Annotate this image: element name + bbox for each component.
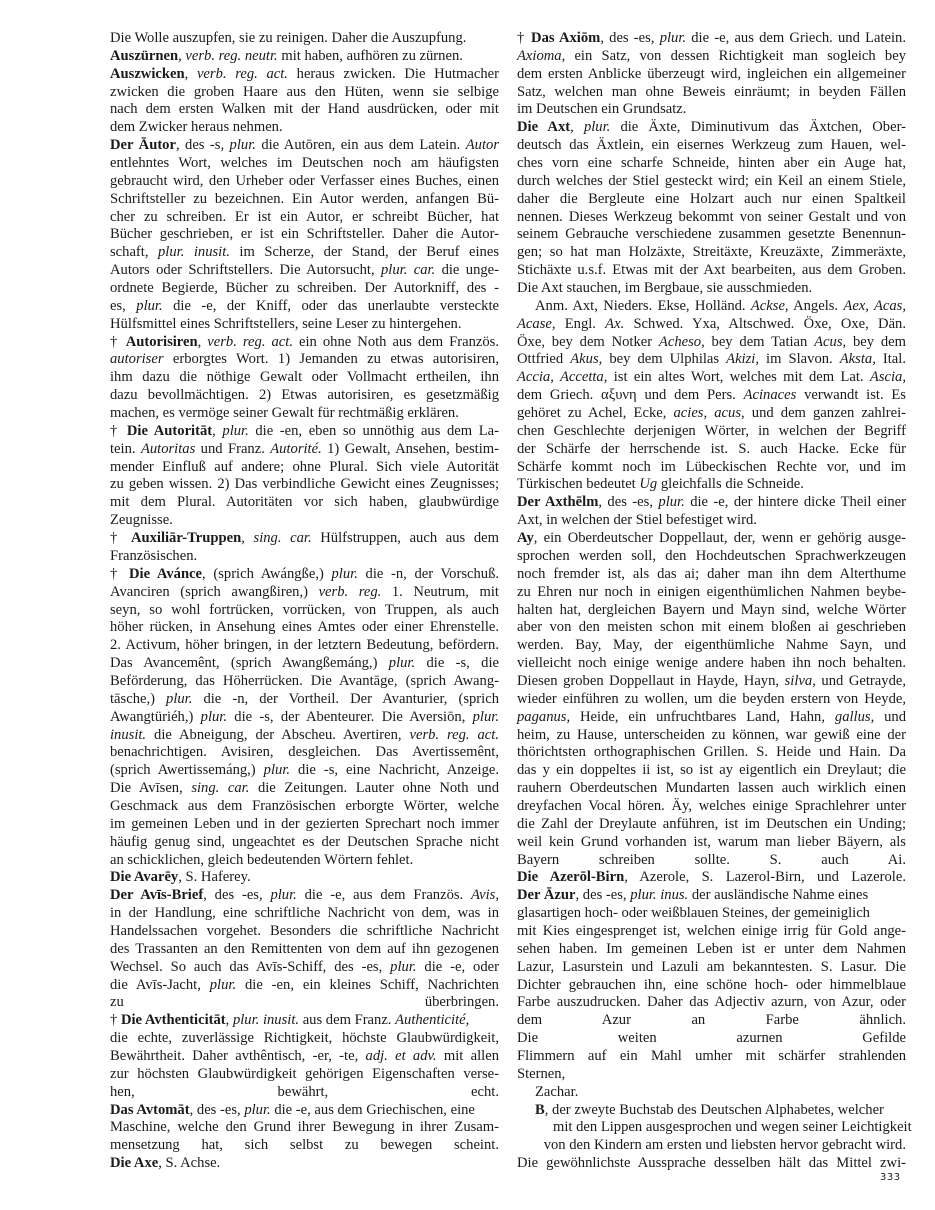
grammar-note: Acus, — [814, 334, 846, 350]
text-line: sprochen werden soll, den Hochdeutschen … — [517, 548, 906, 566]
text-line: Lazur, Lasurstein und Lazuli am bekannte… — [517, 959, 906, 977]
text-line: mit dem Plural. Autoritäten vor sich hab… — [110, 494, 499, 512]
text-line: durch welches der Stiel gesteckt wird; e… — [517, 173, 906, 191]
text-line: Die Wolle auszupfen, sie zu reinigen. Da… — [110, 30, 499, 48]
headword: Das Axiōm — [531, 30, 600, 46]
text-line: halten hat, dergleichen Bayern und Mayn … — [517, 602, 906, 620]
grammar-note: plur. — [584, 119, 610, 135]
headword: Der Āutor — [110, 137, 176, 153]
text-line: dem Zwicker heraus nehmen. — [110, 119, 499, 137]
text-run: die Zeitungen. Lauter ohne Noth und — [249, 780, 499, 796]
text-run: im Slavon. — [759, 351, 840, 367]
text-line: zwicken die groben Haare aus den Hüten, … — [110, 84, 499, 102]
text-run: ein Satz, von dessen Richtigkeit man sog… — [565, 48, 906, 64]
text-line: Ottfried Akus, bey dem Ulphilas Akizi, i… — [517, 351, 906, 369]
text-line: der Schärfe der herrschende ist. S. auch… — [517, 441, 906, 459]
text-line: Zeugnisse. — [110, 512, 499, 530]
text-line: Zachar. — [517, 1084, 906, 1102]
text-line: zu überbringen. — [110, 994, 499, 1012]
text-run: Engl. — [556, 316, 606, 332]
text-run: Satz, welchen man ohne Beweis einräumt; … — [517, 84, 906, 100]
text-run: an schicklichen, gleich bedeutenden Wört… — [110, 852, 413, 868]
grammar-note: inusit. — [110, 727, 146, 743]
text-run: gehöret zu Achel, Ecke, — [517, 405, 674, 421]
text-run: zur höchsten Glaubwürdigkeit gehörigen E… — [110, 1066, 499, 1082]
text-run: die -s, der Abenteurer. Die Aversiōn, — [227, 709, 473, 725]
grammar-note: gallus, — [835, 709, 874, 725]
text-run: dem ersten Anblicke überzeugt wird, ingl… — [517, 66, 906, 82]
text-line: in der Handlung, eine schriftliche Nachr… — [110, 905, 499, 923]
text-run: die -e, aus dem Griech. und Latein. — [686, 30, 906, 46]
text-line: Flimmern auf ein Mahl umher mit schärfer… — [517, 1048, 906, 1066]
text-line: zu Ehren nur noch in einigen eigenthümli… — [517, 584, 906, 602]
text-line: Der Āutor, des -s, plur. die Autōren, ei… — [110, 137, 499, 155]
text-run: hen, bewährt, echt. — [110, 1084, 499, 1100]
text-line: heim, zu Hause, unterscheiden zu können,… — [517, 727, 906, 745]
grammar-note: plur. — [270, 887, 296, 903]
text-line: Maschine, welche den Grund ihrer Bewegun… — [110, 1119, 499, 1137]
text-line: tāsche,) plur. die -n, der Vortheil. Der… — [110, 691, 499, 709]
text-run: , — [241, 530, 253, 546]
text-line: aber von den meisten schon mit einem blo… — [517, 619, 906, 637]
text-line: Acase, Engl. Ax. Schwed. Yxa, Altschwed.… — [517, 316, 906, 334]
text-run: zu überbringen. — [110, 994, 499, 1010]
text-run: Die weiten azurnen Gefilde — [517, 1030, 906, 1046]
text-line: Der Āzur, des -es, plur. inus. der auslä… — [517, 887, 906, 905]
left-column: Die Wolle auszupfen, sie zu reinigen. Da… — [110, 30, 499, 1173]
text-line: Farbe auszudrucken. Daher das Adjectiv a… — [517, 994, 906, 1012]
grammar-note: Autoritas — [141, 441, 195, 457]
headword: B — [535, 1102, 545, 1118]
text-line: nach dem ersten Walken mit der Hand ausd… — [110, 101, 499, 119]
text-run: heraus zwicken. Die Hutmacher — [288, 66, 499, 82]
headword: Die Axt — [517, 119, 570, 135]
text-run: der ausländische Nahme eines — [688, 887, 868, 903]
text-run: Öxe, bey dem Notker — [517, 334, 659, 350]
text-run: 1. Neutrum, mit — [381, 584, 499, 600]
text-run: Maschine, welche den Grund ihrer Bewegun… — [110, 1119, 499, 1135]
text-line: zu geben wissen. 2) Das verbindliche Gew… — [110, 476, 499, 494]
text-line: Schriftsteller zu bezeichnen. Ein Autor … — [110, 191, 499, 209]
text-run: , des -s, — [176, 137, 230, 153]
text-run: 2. Activum, höher bringen, in der letzte… — [110, 637, 499, 653]
text-line: mender Einfluß auf andere; ohne Plural. … — [110, 459, 499, 477]
text-run: und Getrayde, — [816, 673, 906, 689]
text-line: † Das Axiōm, des -es, plur. die -e, aus … — [517, 30, 906, 48]
text-run: seinem Gebrauche verschiedene zusammen g… — [517, 226, 906, 242]
text-run: höher rücken, in Ansehung eines Amtes od… — [110, 619, 499, 635]
text-run: die Äxte, Diminutivum das Äxtchen, Ober- — [610, 119, 906, 135]
text-run: es, — [110, 298, 136, 314]
text-run: , — [226, 1012, 233, 1028]
text-run: Zachar. — [535, 1084, 578, 1100]
grammar-note: plur. car. — [381, 262, 435, 278]
grammar-note: plur. — [390, 959, 416, 975]
text-run: , S. Achse. — [158, 1155, 220, 1171]
text-line: werden. Bay, May, der eigenthümliche Nah… — [517, 637, 906, 655]
text-run: , (sprich Awángße,) — [202, 566, 331, 582]
text-run: schaft, — [110, 244, 158, 260]
text-line: Ay, ein Oberdeutscher Doppellaut, der, w… — [517, 530, 906, 548]
grammar-note: verb. reg. neutr. — [185, 48, 277, 64]
grammar-note: Akizi, — [726, 351, 759, 367]
headword: Die Avarēy — [110, 869, 178, 885]
text-line: Auszwicken, verb. reg. act. heraus zwick… — [110, 66, 499, 84]
text-line: Die Avīsen, sing. car. die Zeitungen. La… — [110, 780, 499, 798]
text-run: Die Axt stauchen, im Bergbaue, sie aussc… — [517, 280, 812, 296]
text-line: Avanciren (sprich awangßiren,) verb. reg… — [110, 584, 499, 602]
grammar-note: adj. et adv. — [366, 1048, 437, 1064]
text-run: Hülfstruppen, auch aus dem — [312, 530, 499, 546]
text-line: mensetzung hat, sich selbst zu bewegen s… — [110, 1137, 499, 1155]
text-run: , des -es, — [203, 887, 270, 903]
text-line: mit den Lippen ausgesprochen und wegen s… — [517, 1119, 906, 1137]
text-run: , des -es, — [598, 494, 658, 510]
text-run: Autors oder Schriftstellers. Die Autorsu… — [110, 262, 381, 278]
text-line: seinem Gebrauche verschiedene zusammen g… — [517, 226, 906, 244]
text-run: im gemeinen Leben und in der gezierten S… — [110, 816, 499, 832]
text-run: dreyfachen Vocal hören. Äy, welches eini… — [517, 798, 906, 814]
text-run: Farbe auszudrucken. Daher das Adjectiv a… — [517, 994, 906, 1010]
text-run: Anm. Axt, Nieders. Ekse, Holländ. — [535, 298, 751, 314]
text-line: weil kein Grund vorhanden ist, warum man… — [517, 834, 906, 852]
text-run: Beförderung, das Höherrücken. Die Avantā… — [110, 673, 499, 689]
text-run: † — [110, 423, 127, 439]
grammar-note: Aex, Acas, — [843, 298, 906, 314]
text-run: die -e, aus dem Französ. — [297, 887, 471, 903]
text-run: zu Ehren nur noch in einigen eigenthümli… — [517, 584, 906, 600]
text-run: cher zu schreiben. Er ist ein Autor, er … — [110, 209, 499, 225]
headword: Der Axthēlm — [517, 494, 598, 510]
text-line: daher die Bergleute eine Holzart auch nu… — [517, 191, 906, 209]
text-run: dem Azur an Farbe ähnlich. — [517, 1012, 906, 1028]
text-run: † — [110, 334, 126, 350]
grammar-note: Acase, — [517, 316, 556, 332]
text-run: mit haben, aufhören zu zürnen. — [278, 48, 463, 64]
page-number: 333 — [880, 1172, 901, 1183]
text-line: Der Avīs-Brief, des -es, plur. die -e, a… — [110, 887, 499, 905]
text-line: Satz, welchen man ohne Beweis einräumt; … — [517, 84, 906, 102]
text-run: † — [110, 1012, 121, 1028]
text-run: tein. — [110, 441, 141, 457]
text-line: dazu bevollmächtigen. 2) Etwas autorisir… — [110, 387, 499, 405]
text-run: Das Avancemênt, (sprich Awangßemáng,) — [110, 655, 389, 671]
text-run: bey dem Tatian — [705, 334, 814, 350]
grammar-note: Ug — [639, 476, 657, 492]
text-line: vielleicht noch einige wenige andere hab… — [517, 655, 906, 673]
right-column: † Das Axiōm, des -es, plur. die -e, aus … — [517, 30, 906, 1173]
text-run: † — [110, 566, 129, 582]
grammar-note: Axioma, — [517, 48, 565, 64]
grammar-note: plur. inusit. — [158, 244, 230, 260]
text-run: dazu bevollmächtigen. 2) Etwas autorisir… — [110, 387, 499, 403]
text-line: seyn, so wohl fortrücken, vorrücken, von… — [110, 602, 499, 620]
text-line: es, plur. die -e, der Kniff, oder das un… — [110, 298, 499, 316]
text-run: dem Griech. αξυνη und dem Pers. — [517, 387, 744, 403]
grammar-note: Ascia, — [870, 369, 906, 385]
text-run: gen; so hat man Holzäxte, Streitäxte, Kr… — [517, 244, 906, 260]
text-line: Dichter gebrauchen ihn, eine schöne hoch… — [517, 977, 906, 995]
grammar-note: Acinaces — [744, 387, 797, 403]
text-run: Avanciren (sprich awangßiren,) — [110, 584, 319, 600]
text-run: mender Einfluß auf andere; ohne Plural. … — [110, 459, 499, 475]
text-run: , des -es, — [600, 30, 659, 46]
text-line: von den Kindern am ersten und liebsten h… — [517, 1137, 906, 1155]
grammar-note: paganus, — [517, 709, 570, 725]
text-run: † — [517, 30, 531, 46]
text-run: nach dem ersten Walken mit der Hand ausd… — [110, 101, 499, 117]
text-run: noch fremder ist, als das ai; daher man … — [517, 566, 906, 582]
grammar-note: sing. car. — [191, 780, 249, 796]
text-line: mit Kies eingesprenget ist, welchen eini… — [517, 923, 906, 941]
text-line: Bayern schreiben sollte. S. auch Ai. — [517, 852, 906, 870]
text-run: mit den Lippen ausgesprochen und wegen s… — [553, 1119, 912, 1135]
text-line: Schärfe kommt noch im Lübeckischen Recht… — [517, 459, 906, 477]
text-run: im Scherze, der Stand, der Beruf eines — [230, 244, 499, 260]
grammar-note: silva, — [785, 673, 816, 689]
text-line: Bewährtheit. Daher avthêntisch, -er, -te… — [110, 1048, 499, 1066]
text-run: Schärfe kommt noch im Lübeckischen Recht… — [517, 459, 906, 475]
text-run: , ein Oberdeutscher Doppellaut, der, wen… — [534, 530, 906, 546]
text-run: Schwed. Yxa, Altschwed. Öxe, Oxe, Dän. — [624, 316, 906, 332]
headword: Der Avīs-Brief — [110, 887, 203, 903]
text-run: halten hat, dergleichen Bayern und Mayn … — [517, 602, 906, 618]
headword: Die Autoritāt — [127, 423, 212, 439]
text-run: durch welches der Stiel gesteckt wird; e… — [517, 173, 906, 189]
text-line: ches vorn eine scharfe Schneide, hinten … — [517, 155, 906, 173]
text-line: rauhern Oberdeutschen Mundarten lassen a… — [517, 780, 906, 798]
text-line: B, der zweyte Buchstab des Deutschen Alp… — [517, 1102, 906, 1120]
text-run: Axt, in welchen der Stiel befestiget wir… — [517, 512, 757, 528]
text-run: Stichäxte u.s.f. Etwas mit der Axt bearb… — [517, 262, 906, 278]
text-line: entlehntes Wort, welches im Deutschen no… — [110, 155, 499, 173]
text-line: ihm dazu die nöthige Gewalt oder Vollmac… — [110, 369, 499, 387]
text-line: Die gewöhnlichste Aussprache desselben h… — [517, 1155, 906, 1173]
text-line: häufig genug sind, ungeachtet es der Deu… — [110, 834, 499, 852]
grammar-note: Accia, Accetta, — [517, 369, 607, 385]
text-run: Hülfsmittel eines Schriftstellers, seine… — [110, 316, 462, 332]
text-run: die echte, zuverlässige Richtigkeit, höc… — [110, 1030, 499, 1046]
text-line: † Die Avánce, (sprich Awángße,) plur. di… — [110, 566, 499, 584]
text-line: das y ein doppeltes ii ist, so ist ay ei… — [517, 762, 906, 780]
text-run: daher die Bergleute eine Holzart auch nu… — [517, 191, 906, 207]
text-run: benachrichtigen. Avisiren, desgleichen. … — [110, 744, 499, 760]
text-run: , der zweyte Buchstab des Deutschen Alph… — [545, 1102, 884, 1118]
grammar-note: sing. car. — [254, 530, 312, 546]
text-line: thörichtsten orthographischen Grillen. S… — [517, 744, 906, 762]
headword: Die Avthenticitāt — [121, 1012, 226, 1028]
text-run: Ottfried — [517, 351, 570, 367]
text-line: Die Axt stauchen, im Bergbaue, sie aussc… — [517, 280, 906, 298]
text-line: Accia, Accetta, ist ein altes Wort, welc… — [517, 369, 906, 387]
grammar-note: plur. — [210, 977, 236, 993]
text-line: die Avīs-Jacht, plur. die -en, ein klein… — [110, 977, 499, 995]
text-run: bey dem — [846, 334, 906, 350]
text-run: ist ein altes Wort, welches mit dem Lat. — [607, 369, 870, 385]
text-line: Französischen. — [110, 548, 499, 566]
headword: Die Axe — [110, 1155, 158, 1171]
text-line: † Die Avthenticitāt, plur. inusit. aus d… — [110, 1012, 499, 1030]
text-line: dreyfachen Vocal hören. Äy, welches eini… — [517, 798, 906, 816]
text-run: mit dem Plural. Autoritäten vor sich hab… — [110, 494, 499, 510]
grammar-note: plur. — [222, 423, 248, 439]
text-line: die Zahl der Dreylaute anführen, ist im … — [517, 816, 906, 834]
text-run: Angels. — [789, 298, 844, 314]
grammar-note: Ax. — [605, 316, 624, 332]
grammar-note: plur. — [166, 691, 192, 707]
text-run: weil kein Grund vorhanden ist, warum man… — [517, 834, 906, 850]
text-line: Die Axt, plur. die Äxte, Diminutivum das… — [517, 119, 906, 137]
text-line: Die Avarēy, S. Haferey. — [110, 869, 499, 887]
text-run: ches vorn eine scharfe Schneide, hinten … — [517, 155, 906, 171]
text-run: , — [212, 423, 222, 439]
grammar-note: verb. reg. act. — [409, 727, 499, 743]
grammar-note: Authenticité, — [395, 1012, 469, 1028]
headword: Das Avtomāt — [110, 1102, 190, 1118]
text-line: Diesen groben Doppellaut in Hayde, Hayn,… — [517, 673, 906, 691]
text-run: im Deutschen ein Grundsatz. — [517, 101, 686, 117]
text-run: die Avīs-Jacht, — [110, 977, 210, 993]
grammar-note: plur. — [230, 137, 256, 153]
text-line: cher zu schreiben. Er ist ein Autor, er … — [110, 209, 499, 227]
text-run: Handelssachen vorgehet. Besonders die sc… — [110, 923, 499, 939]
text-run: die -en, eben so unnöthig aus dem La- — [249, 423, 499, 439]
text-line: machen, es vermöge seiner Gewalt für rec… — [110, 405, 499, 423]
text-run: die Autōren, ein aus dem Latein. — [256, 137, 466, 153]
text-run: aus dem Franz. — [299, 1012, 395, 1028]
text-run: die -e, oder — [417, 959, 499, 975]
grammar-note: Autor — [466, 137, 499, 153]
text-line: dem Griech. αξυνη und dem Pers. Acinaces… — [517, 387, 906, 405]
text-run: mit allen — [437, 1048, 499, 1064]
text-run: tāsche,) — [110, 691, 166, 707]
text-line: Öxe, bey dem Notker Acheso, bey dem Tati… — [517, 334, 906, 352]
text-line: tein. Autoritas und Franz. Autorité. 1) … — [110, 441, 499, 459]
grammar-note: plur. — [201, 709, 227, 725]
text-run: Heide, ein unfruchtbares Land, Hahn, — [570, 709, 835, 725]
text-run: die -e, der hintere dicke Theil einer — [685, 494, 906, 510]
text-run: Bayern schreiben sollte. S. auch Ai. — [517, 852, 906, 868]
text-run: die -n, der Vorschuß. — [358, 566, 499, 582]
grammar-note: plur. — [660, 30, 686, 46]
text-run: seyn, so wohl fortrücken, vorrücken, von… — [110, 602, 499, 618]
text-run: verwandt ist. Es — [796, 387, 906, 403]
text-run: , — [570, 119, 584, 135]
text-line: glasartigen hoch- oder weißblauen Steine… — [517, 905, 906, 923]
text-run: mensetzung hat, sich selbst zu bewegen s… — [110, 1137, 499, 1153]
text-line: dem ersten Anblicke überzeugt wird, ingl… — [517, 66, 906, 84]
text-run: Diesen groben Doppellaut in Hayde, Hayn, — [517, 673, 785, 689]
text-run: zu geben wissen. 2) Das verbindliche Gew… — [110, 476, 499, 492]
text-line: dem Azur an Farbe ähnlich. — [517, 1012, 906, 1030]
text-run: und Franz. — [195, 441, 270, 457]
text-run: Lazur, Lasurstein und Lazuli am bekannte… — [517, 959, 906, 975]
text-run: des Trassanten an den Remittenten von de… — [110, 941, 499, 957]
text-line: Handelssachen vorgehet. Besonders die sc… — [110, 923, 499, 941]
text-line: gebraucht wird, den Urheber oder Verfass… — [110, 173, 499, 191]
text-run: die -n, der Vortheil. Der Avanturier, (s… — [192, 691, 499, 707]
text-line: im gemeinen Leben und in der gezierten S… — [110, 816, 499, 834]
text-line: schaft, plur. inusit. im Scherze, der St… — [110, 244, 499, 262]
text-line: Anm. Axt, Nieders. Ekse, Holländ. Ackse,… — [517, 298, 906, 316]
text-run: glasartigen hoch- oder weißblauen Steine… — [517, 905, 870, 921]
text-line: Sternen, — [517, 1066, 906, 1084]
text-run: Türkischen bedeutet — [517, 476, 639, 492]
text-run: entlehntes Wort, welches im Deutschen no… — [110, 155, 499, 171]
headword: Ay — [517, 530, 534, 546]
grammar-note: Akus, — [570, 351, 602, 367]
text-line: gen; so hat man Holzäxte, Streitäxte, Kr… — [517, 244, 906, 262]
text-line: † Autorisiren, verb. reg. act. ein ohne … — [110, 334, 499, 352]
text-run: die -e, aus dem Griechischen, eine — [271, 1102, 475, 1118]
text-line: Stichäxte u.s.f. Etwas mit der Axt bearb… — [517, 262, 906, 280]
grammar-note: plur. — [136, 298, 162, 314]
text-line: Axioma, ein Satz, von dessen Richtigkeit… — [517, 48, 906, 66]
text-line: Die weiten azurnen Gefilde — [517, 1030, 906, 1048]
text-line: Auszürnen, verb. reg. neutr. mit haben, … — [110, 48, 499, 66]
grammar-note: Aksta, — [840, 351, 876, 367]
text-run: Sternen, — [517, 1066, 565, 1082]
grammar-note: plur. — [389, 655, 415, 671]
text-run: † — [110, 530, 131, 546]
text-run: wieder einführen zu wollen, um die beyde… — [517, 691, 906, 707]
text-run: , des -es, — [576, 887, 631, 903]
text-line: benachrichtigen. Avisiren, desgleichen. … — [110, 744, 499, 762]
text-run: , S. Haferey. — [178, 869, 250, 885]
text-run: 1) Gewalt, Ansehen, bestim- — [322, 441, 499, 457]
text-line: paganus, Heide, ein unfruchtbares Land, … — [517, 709, 906, 727]
text-run: Flimmern auf ein Mahl umher mit schärfer… — [517, 1048, 906, 1064]
text-line: Awangtüriéh,) plur. die -s, der Abenteur… — [110, 709, 499, 727]
grammar-note: plur. inusit. — [233, 1012, 299, 1028]
text-run: und — [874, 709, 906, 725]
grammar-note: verb. reg. act. — [207, 334, 293, 350]
grammar-note: plur. inus. — [630, 887, 688, 903]
headword: Auxiliār-Truppen — [131, 530, 241, 546]
text-run: Schriftsteller zu bezeichnen. Ein Autor … — [110, 191, 499, 207]
text-line: (sprich Awertissemáng,) plur. die -s, ei… — [110, 762, 499, 780]
grammar-note: Autorité. — [270, 441, 321, 457]
text-line: an schicklichen, gleich bedeutenden Wört… — [110, 852, 499, 870]
text-line: Hülfsmittel eines Schriftstellers, seine… — [110, 316, 499, 334]
text-run: Geschmack aus dem Französischen erborgte… — [110, 798, 499, 814]
text-line: im Deutschen ein Grundsatz. — [517, 101, 906, 119]
text-line: inusit. die Abneigung, der Abscheu. Aver… — [110, 727, 499, 745]
grammar-note: autoriser — [110, 351, 164, 367]
grammar-note: verb. reg. — [319, 584, 382, 600]
text-line: deutsch das Äxtlein, ein eisernes Werkze… — [517, 137, 906, 155]
text-line: Das Avtomāt, des -es, plur. die -e, aus … — [110, 1102, 499, 1120]
text-run: gebraucht wird, den Urheber oder Verfass… — [110, 173, 499, 189]
text-run: und dem ganzen zahlrei- — [745, 405, 906, 421]
text-line: Wechsel. So auch das Avīs-Schiff, des -e… — [110, 959, 499, 977]
text-run: Zeugnisse. — [110, 512, 173, 528]
text-run: heim, zu Hause, unterscheiden zu können,… — [517, 727, 906, 743]
text-line: noch fremder ist, als das ai; daher man … — [517, 566, 906, 584]
text-run: machen, es vermöge seiner Gewalt für rec… — [110, 405, 459, 421]
text-run: mit Kies eingesprenget ist, welchen eini… — [517, 923, 906, 939]
text-line: † Die Autoritāt, plur. die -en, eben so … — [110, 423, 499, 441]
text-run: gleichfalls die Schneide. — [657, 476, 804, 492]
text-run: Awangtüriéh,) — [110, 709, 201, 725]
text-run: das y ein doppeltes ii ist, so ist ay ei… — [517, 762, 906, 778]
text-run: vielleicht noch einige wenige andere hab… — [517, 655, 906, 671]
grammar-note: plur. — [658, 494, 684, 510]
text-line: des Trassanten an den Remittenten von de… — [110, 941, 499, 959]
text-run: deutsch das Äxtlein, ein eisernes Werkze… — [517, 137, 906, 153]
headword: Der Āzur — [517, 887, 576, 903]
text-line: Autors oder Schriftstellers. Die Autorsu… — [110, 262, 499, 280]
